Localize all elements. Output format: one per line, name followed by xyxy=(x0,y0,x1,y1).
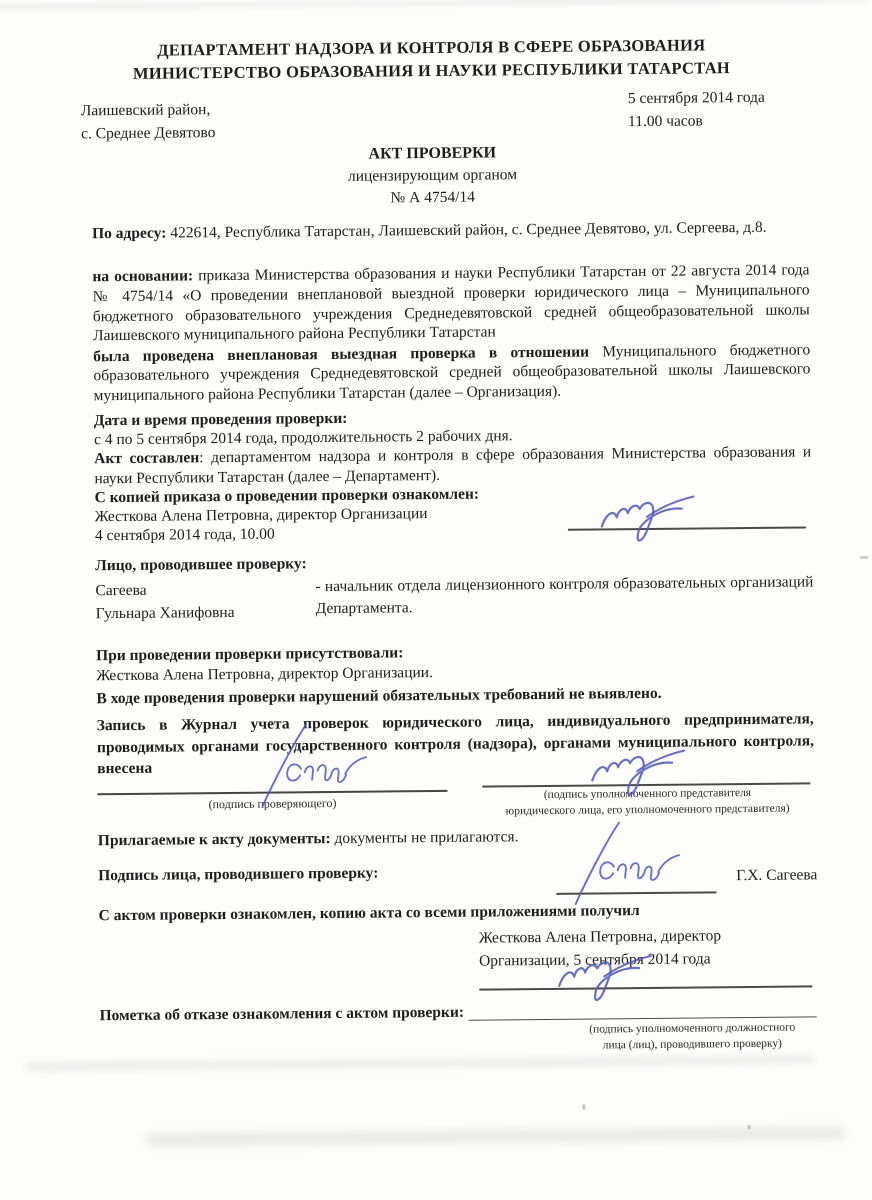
act-text: : департаментом надзора и контроля в сфе… xyxy=(94,443,811,486)
place-block: Лаишевский район, с. Среднее Девятово xyxy=(81,98,216,145)
paragraph-conducted: была проведена внеплановая выездная пров… xyxy=(93,340,811,405)
scanned-content: ДЕПАРТАМЕНТ НАДЗОРА И КОНТРОЛЯ В СФЕРЕ О… xyxy=(0,0,872,1200)
document-date: 5 сентября 2014 года xyxy=(628,86,765,110)
refusal-signature-caption: (подпись уполномоченного должностного ли… xyxy=(565,1020,820,1053)
address-label: По адресу: xyxy=(92,225,167,243)
document-title: АКТ ПРОВЕРКИ лицензирующим органом № А 4… xyxy=(52,139,813,212)
paragraph-basis: на основании: приказа Министерства образ… xyxy=(92,260,810,346)
journal-paragraph: Запись в Журнал учета проверок юридическ… xyxy=(97,708,815,779)
zhestkova-signature xyxy=(591,483,707,546)
refusal-caption-line1: (подпись уполномоченного должностного xyxy=(565,1020,820,1038)
document-time: 11.00 часов xyxy=(628,109,765,133)
paragraph-attachments: Прилагаемые к акту документы: документы … xyxy=(98,827,519,851)
copy-person: Жесткова Алена Петровна, директор Органи… xyxy=(95,504,428,527)
copy-datetime: 4 сентября 2014 года, 10.00 xyxy=(95,525,275,546)
scan-speck-artifact xyxy=(582,1105,585,1110)
ack-heading: С актом проверки ознакомлен, копию акта … xyxy=(99,901,640,926)
refusal-blank-line xyxy=(468,999,817,1020)
sign-heading: Подпись лица, проводившего проверку: xyxy=(98,864,378,886)
ministry-header: ДЕПАРТАМЕНТ НАДЗОРА И КОНТРОЛЯ В СФЕРЕ О… xyxy=(51,32,811,85)
zhestkova-signature xyxy=(549,943,665,1006)
inspector-name-line1: Сагеева xyxy=(95,579,234,603)
sign-name: Г.Х. Сагеева xyxy=(736,865,817,885)
present-person: Жесткова Алена Петровна, директор Органи… xyxy=(96,663,433,686)
address-text: 422614, Республика Татарстан, Лаишевский… xyxy=(166,219,766,242)
refusal-caption-line2: лица (лиц), проводившего проверку) xyxy=(565,1036,820,1054)
inspector-heading: Лицо, проводившее проверку: xyxy=(95,554,307,576)
act-label: Акт составлен xyxy=(94,449,199,467)
scan-edge-artifact xyxy=(0,0,867,10)
sageeva-signature xyxy=(240,717,381,810)
scan-speck-artifact xyxy=(748,1125,751,1129)
datetime-block: 5 сентября 2014 года 11.00 часов xyxy=(628,86,766,133)
paragraph-address: По адресу: 422614, Республика Татарстан,… xyxy=(92,217,809,243)
scan-smudge-artifact xyxy=(146,1126,846,1147)
place-line2: с. Среднее Девятово xyxy=(81,121,216,145)
sageeva-signature xyxy=(553,815,694,908)
scan-speck-artifact xyxy=(860,556,868,559)
paragraph-act-composed: Акт составлен: департаментом надзора и к… xyxy=(94,442,811,488)
attachments-text: документы не прилагаются. xyxy=(331,828,519,847)
basis-text: приказа Министерства образования и науки… xyxy=(93,261,810,344)
inspector-name-line2: Гульнара Ханифовна xyxy=(96,601,235,625)
attachments-label: Прилагаемые к акту документы: xyxy=(98,830,331,849)
refusal-heading: Пометка об отказе ознакомления с актом п… xyxy=(99,1003,464,1026)
scan-smudge-artifact xyxy=(25,1054,815,1072)
inspector-role: - начальник отдела лицензионного контрол… xyxy=(315,571,813,620)
basis-label: на основании: xyxy=(92,267,193,285)
zhestkova-signature xyxy=(582,738,698,801)
inspector-name: Сагеева Гульнара Ханифовна xyxy=(95,579,234,625)
no-violations-statement: В ходе проведения проверки нарушений обя… xyxy=(96,684,661,709)
document-page: ДЕПАРТАМЕНТ НАДЗОРА И КОНТРОЛЯ В СФЕРЕ О… xyxy=(0,0,872,1200)
conducted-label: была проведена внеплановая выездная пров… xyxy=(93,344,589,366)
place-line1: Лаишевский район, xyxy=(81,98,216,122)
present-heading: При проведении проверки присутствовали: xyxy=(96,643,403,666)
